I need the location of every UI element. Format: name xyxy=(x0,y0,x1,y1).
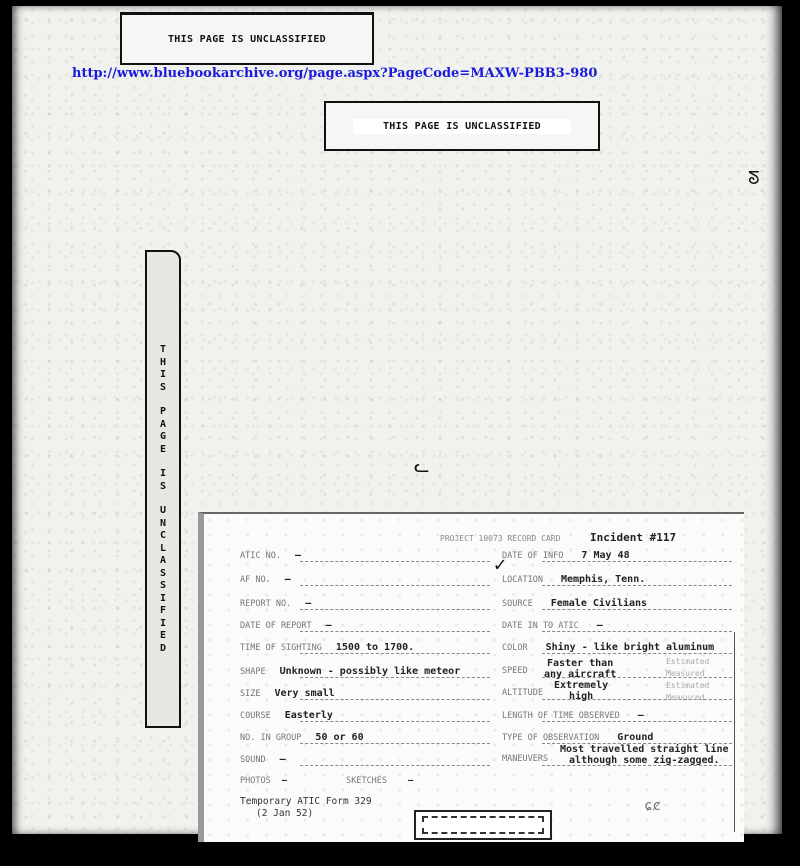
field-label: SPEED xyxy=(502,666,528,676)
handwritten-mark: ᘕ xyxy=(748,168,760,189)
right-field-5: SPEED xyxy=(502,666,528,676)
side-note: Estimated xyxy=(666,680,709,692)
field-label: DATE OF REPORT xyxy=(240,621,312,631)
field-label: MANEUVERS xyxy=(502,754,548,764)
stamp-letter: I xyxy=(160,369,166,382)
field-value: — xyxy=(326,620,332,631)
stamp-letter: I xyxy=(160,593,166,606)
field-label: SOURCE xyxy=(502,599,533,609)
stamp-letter: U xyxy=(160,505,166,518)
field-label: AF NO. xyxy=(240,575,271,585)
right-field-3: DATE IN TO ATIC— xyxy=(502,620,603,631)
stamp-text: THIS PAGE IS UNCLASSIFIED xyxy=(168,34,326,45)
stamp-letter: H xyxy=(160,357,166,370)
field-value: — xyxy=(638,710,644,721)
field-value: 50 or 60 xyxy=(315,732,363,743)
field-label: ATIC NO. xyxy=(240,551,281,561)
handwritten-mark: ᓚ xyxy=(414,456,429,477)
side-note: Measured xyxy=(666,668,709,680)
archive-link[interactable]: http://www.bluebookarchive.org/page.aspx… xyxy=(72,66,597,81)
right-field-6: ALTITUDE xyxy=(502,688,543,698)
field-value: Very small xyxy=(274,688,334,699)
field-value: — xyxy=(408,776,413,786)
field-value: Shiny - like bright aluminum xyxy=(546,642,715,653)
unclassified-stamp-top-left: THIS PAGE IS UNCLASSIFIED xyxy=(120,12,374,65)
maneuvers-value: Most travelled straight linealthough som… xyxy=(560,744,729,766)
field-value: — xyxy=(282,776,287,786)
left-field-8: NO. IN GROUP50 or 60 xyxy=(240,732,364,743)
left-field-2: REPORT NO.— xyxy=(240,598,311,609)
left-field-6: SIZEVery small xyxy=(240,688,335,699)
incident-number: Incident #117 xyxy=(590,531,676,544)
left-field-4: TIME OF SIGHTING1500 to 1700. xyxy=(240,642,414,653)
form-date: (2 Jan 52) xyxy=(240,808,372,820)
form-number: Temporary ATIC Form 329 (2 Jan 52) xyxy=(240,796,372,820)
field-label: SKETCHES xyxy=(346,776,387,786)
field-label: NO. IN GROUP xyxy=(240,733,301,743)
field-value: Easterly xyxy=(285,710,333,721)
field-label: SIZE xyxy=(240,689,260,699)
left-field-9: SOUND— xyxy=(240,754,286,765)
field-label: DATE IN TO ATIC xyxy=(502,621,579,631)
left-field-1: AF NO.— xyxy=(240,574,291,585)
stamp-text: THIS PAGE IS UNCLASSIFIED xyxy=(353,119,571,134)
side-note: Measured xyxy=(666,692,709,704)
right-field-8: TYPE OF OBSERVATIONGround xyxy=(502,732,653,743)
stamp-letter: E xyxy=(160,444,166,457)
vertical-stamp-text: THISPAGEISUNCLASSIFIED xyxy=(147,344,179,655)
stamp-letter: T xyxy=(160,344,166,357)
field-value: — xyxy=(285,574,291,585)
stamp-letter: F xyxy=(160,605,166,618)
field-label: PHOTOS xyxy=(240,776,271,786)
right-field-2: SOURCEFemale Civilians xyxy=(502,598,647,609)
field-value: Female Civilians xyxy=(551,598,647,609)
left-field-7: COURSEEasterly xyxy=(240,710,333,721)
stamp-letter: S xyxy=(160,481,166,494)
field-value: Unknown - possibly like meteor xyxy=(280,666,461,677)
right-field-7: LENGTH OF TIME OBSERVED— xyxy=(502,710,644,721)
field-label: TYPE OF OBSERVATION xyxy=(502,733,599,743)
vertical-unclassified-stamp: THISPAGEISUNCLASSIFIED xyxy=(145,250,181,728)
card-header: PROJECT 10073 RECORD CARD xyxy=(440,534,560,543)
field-label: REPORT NO. xyxy=(240,599,291,609)
stamp-letter: C xyxy=(160,530,166,543)
right-field-4: COLORShiny - like bright aluminum xyxy=(502,642,714,653)
field-value: — xyxy=(597,620,603,631)
stamp-letter: S xyxy=(160,382,166,395)
field-value: — xyxy=(295,550,301,561)
side-note: Estimated xyxy=(666,656,709,668)
field-label: COLOR xyxy=(502,643,528,653)
speed-value: Faster thanany aircraft xyxy=(544,658,616,680)
stamp-letter: L xyxy=(160,543,166,556)
field-label: LENGTH OF TIME OBSERVED xyxy=(502,711,620,721)
project-record-card: PROJECT 10073 RECORD CARD Incident #117 … xyxy=(198,512,744,842)
field-value: Ground xyxy=(617,732,653,743)
field-label: ALTITUDE xyxy=(502,688,543,698)
left-field-3: DATE OF REPORT— xyxy=(240,620,332,631)
handwritten-mark: ɕȼ xyxy=(644,798,661,814)
estimated-measured-notes: EstimatedMeasuredEstimatedMeasured xyxy=(666,656,709,704)
field-value: — xyxy=(305,598,311,609)
field-value: 1500 to 1700. xyxy=(336,642,414,653)
bottom-stamp xyxy=(414,810,552,840)
stamp-letter: N xyxy=(160,518,166,531)
stamp-letter: P xyxy=(160,406,166,419)
photos-field: PHOTOS — SKETCHES — xyxy=(240,776,413,786)
stamp-letter: I xyxy=(160,468,166,481)
right-field-9: MANEUVERS xyxy=(502,754,548,764)
field-value: Memphis, Tenn. xyxy=(561,574,645,585)
field-value: — xyxy=(280,754,286,765)
stamp-letter: E xyxy=(160,630,166,643)
column-divider xyxy=(734,632,735,832)
form-name: Temporary ATIC Form 329 xyxy=(240,796,372,808)
altitude-value: Extremelyhigh xyxy=(554,680,608,702)
scanned-page: THIS PAGE IS UNCLASSIFIED THIS PAGE IS U… xyxy=(12,6,782,834)
field-value: 7 May 48 xyxy=(581,550,629,561)
stamp-letter: I xyxy=(160,618,166,631)
field-label: LOCATION xyxy=(502,575,543,585)
stamp-letter: S xyxy=(160,580,166,593)
field-label: COURSE xyxy=(240,711,271,721)
field-label: TIME OF SIGHTING xyxy=(240,643,322,653)
left-field-0: ATIC NO.— xyxy=(240,550,301,561)
field-label: SOUND xyxy=(240,755,266,765)
field-label: SHAPE xyxy=(240,667,266,677)
left-field-5: SHAPEUnknown - possibly like meteor xyxy=(240,666,460,677)
stamp-letter: D xyxy=(160,643,166,656)
stamp-letter: A xyxy=(160,555,166,568)
right-field-0: DATE OF INFO7 May 48 xyxy=(502,550,630,561)
unclassified-stamp-top-right: THIS PAGE IS UNCLASSIFIED xyxy=(324,101,600,151)
stamp-letter: S xyxy=(160,568,166,581)
field-label: DATE OF INFO xyxy=(502,551,563,561)
right-field-1: LOCATIONMemphis, Tenn. xyxy=(502,574,645,585)
stamp-letter: G xyxy=(160,431,166,444)
stamp-letter: A xyxy=(160,419,166,432)
